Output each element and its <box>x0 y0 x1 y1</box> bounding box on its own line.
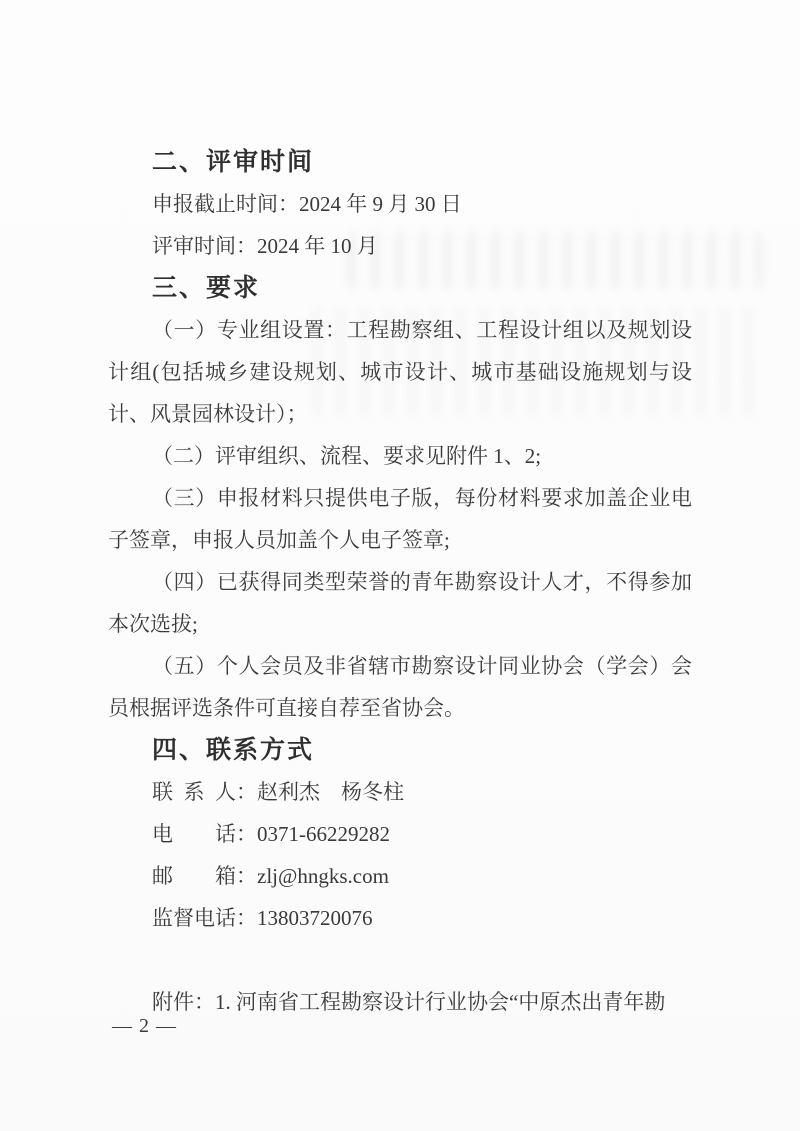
attachment-list-line: 附件：1. 河南省工程勘察设计行业协会“中原杰出青年勘 <box>108 981 692 1023</box>
paragraph-requirement-5: （五）个人会员及非省辖市勘察设计同业协会（学会）会员根据评选条件可直接自荐至省协… <box>108 645 692 729</box>
section-heading-contact: 四、联系方式 <box>108 729 692 771</box>
contact-colon: ： <box>236 864 257 888</box>
contact-row-supervision-phone: 监督电话：13803720076 <box>108 897 692 939</box>
contact-colon: ： <box>236 906 257 930</box>
paragraph-requirement-2: （二）评审组织、流程、要求见附件 1、2; <box>108 435 692 477</box>
paragraph-review-date: 评审时间：2024 年 10 月 <box>108 225 692 267</box>
section-heading-review-time: 二、评审时间 <box>108 141 692 183</box>
paragraph-application-deadline: 申报截止时间：2024 年 9 月 30 日 <box>108 183 692 225</box>
page-number: — 2 — <box>112 1012 177 1040</box>
document-body: 二、评审时间 申报截止时间：2024 年 9 月 30 日 评审时间：2024 … <box>108 141 692 1023</box>
scanned-document-page: 二、评审时间 申报截止时间：2024 年 9 月 30 日 评审时间：2024 … <box>0 0 800 1131</box>
contact-label-person: 联系人 <box>152 771 236 813</box>
paragraph-requirement-4: （四）已获得同类型荣誉的青年勘察设计人才，不得参加本次选拔; <box>108 561 692 645</box>
section-heading-requirements: 三、要求 <box>108 267 692 309</box>
contact-row-phone: 电话：0371-66229282 <box>108 813 692 855</box>
contact-value-supervision-phone: 13803720076 <box>257 906 373 930</box>
contact-row-person: 联系人：赵利杰 杨冬柱 <box>108 771 692 813</box>
contact-colon: ： <box>236 822 257 846</box>
contact-row-email: 邮箱：zlj@hngks.com <box>108 855 692 897</box>
contact-colon: ： <box>236 780 257 804</box>
contact-value-email: zlj@hngks.com <box>257 864 389 888</box>
contact-value-phone: 0371-66229282 <box>257 822 390 846</box>
paragraph-requirement-3: （三）申报材料只提供电子版，每份材料要求加盖企业电子签章，申报人员加盖个人电子签… <box>108 477 692 561</box>
paragraph-requirement-1: （一）专业组设置：工程勘察组、工程设计组以及规划设计组(包括城乡建设规划、城市设… <box>108 309 692 435</box>
contact-label-supervision-phone: 监督电话 <box>152 897 236 939</box>
contact-value-person: 赵利杰 杨冬柱 <box>257 780 404 804</box>
contact-label-phone: 电话 <box>152 813 236 855</box>
contact-label-email: 邮箱 <box>152 855 236 897</box>
